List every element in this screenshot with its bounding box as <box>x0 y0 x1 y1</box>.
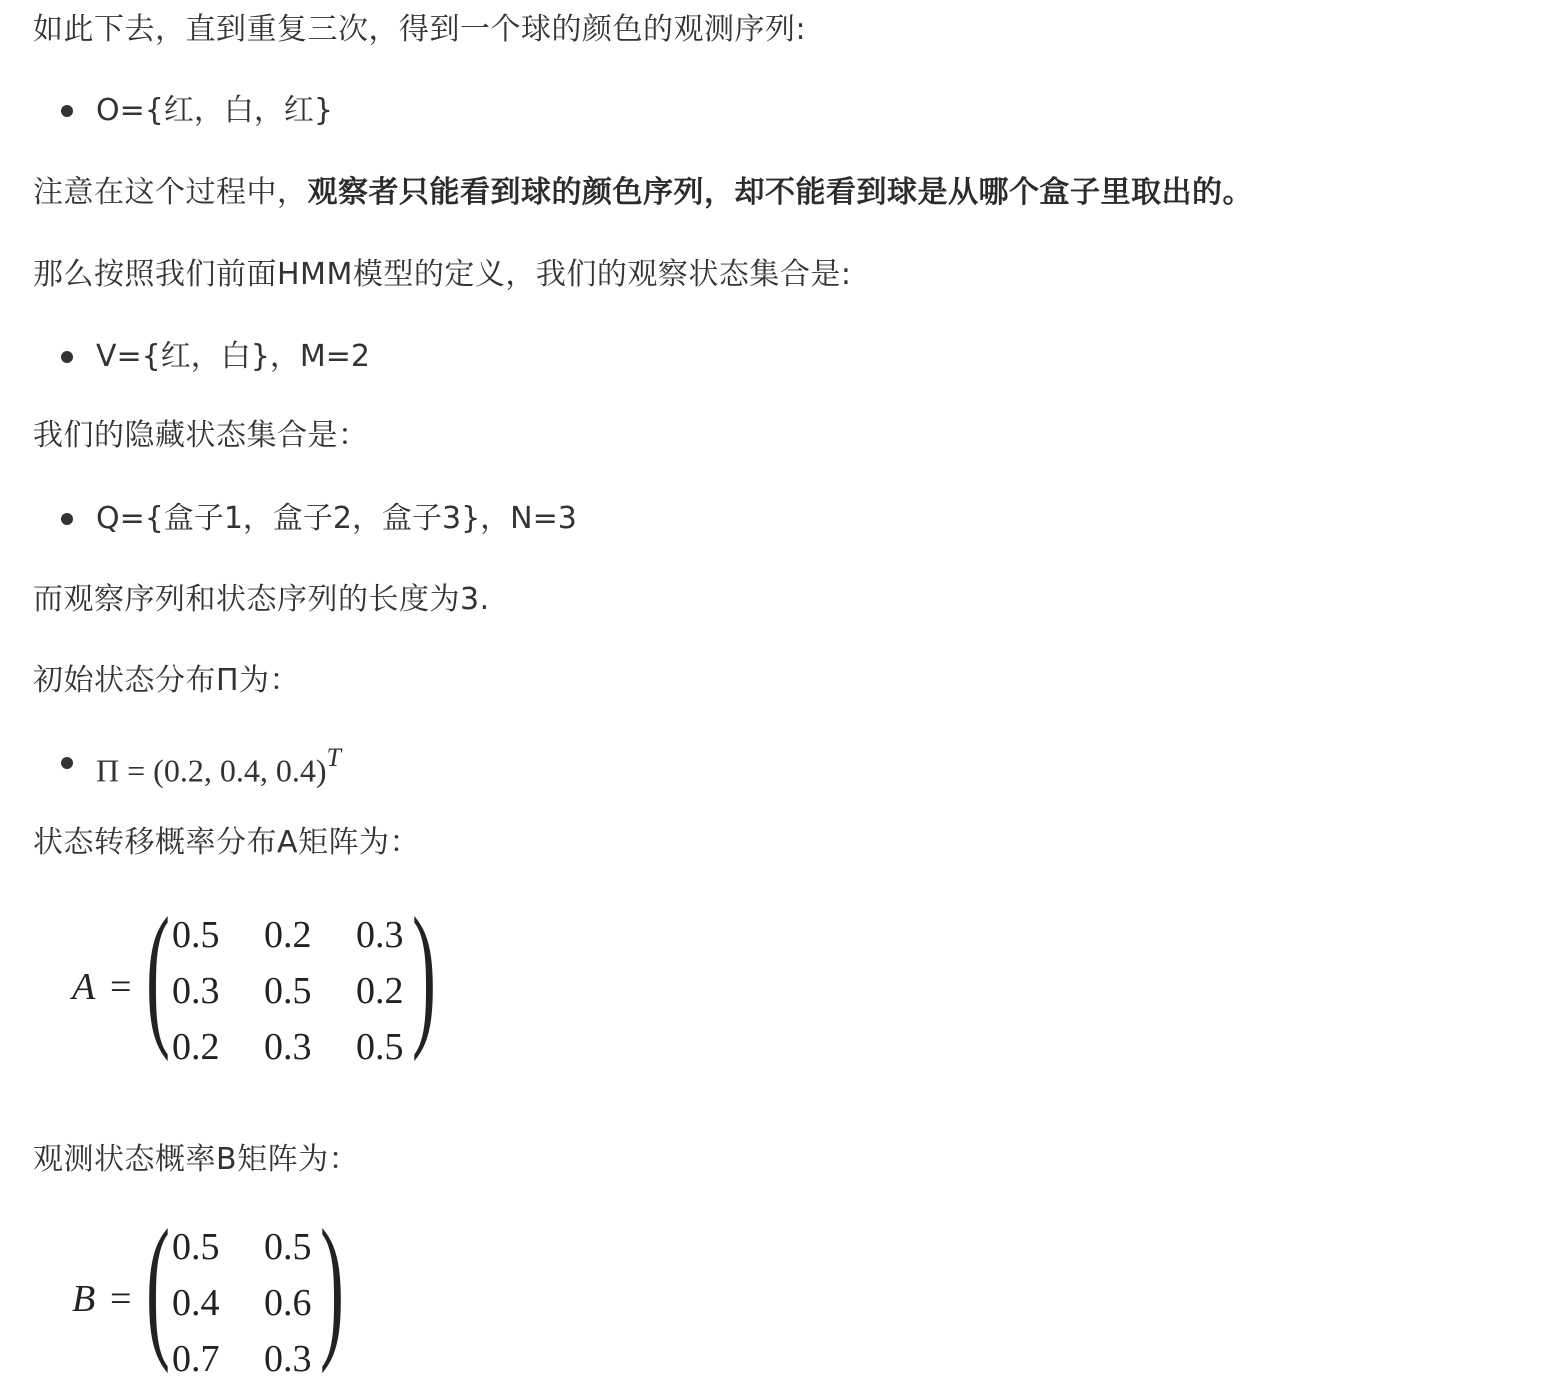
paragraph-transition-matrix-intro: 状态转移概率分布A矩阵为： <box>33 823 420 863</box>
matrix-cell: 0.5 <box>264 963 312 1019</box>
left-paren: ( <box>146 1205 170 1365</box>
left-paren: ( <box>146 893 170 1053</box>
bullet-hidden-states: Q={盒子1，盒子2，盒子3}，N=3 <box>96 499 577 539</box>
note-emphasis: 观察者只能看到球的颜色序列，却不能看到球是从哪个盒子里取出的。 <box>308 175 1254 210</box>
matrix-cell: 0.5 <box>172 1219 220 1275</box>
bullet-observation-states: V={红，白}，M=2 <box>96 337 370 377</box>
paragraph-note: 注意在这个过程中，观察者只能看到球的颜色序列，却不能看到球是从哪个盒子里取出的。 <box>33 173 1253 213</box>
bullet-dot <box>61 757 73 769</box>
paragraph-initial-distribution-intro: 初始状态分布Π为： <box>33 661 300 701</box>
paragraph-hidden-set-intro: 我们的隐藏状态集合是： <box>33 416 369 456</box>
matrix-cell: 0.4 <box>172 1275 220 1331</box>
equals-sign: = <box>110 965 131 1009</box>
matrix-cell: 0.3 <box>356 907 404 963</box>
matrix-cell: 0.3 <box>172 963 220 1019</box>
transpose-superscript: T <box>326 743 340 772</box>
matrix-cell: 0.2 <box>356 963 404 1019</box>
note-text: 注意在这个过程中， <box>33 175 308 210</box>
matrix-cell: 0.5 <box>356 1019 404 1075</box>
matrix-B: B = ( 0.5 0.5 0.4 0.6 0.7 0.3 ) <box>72 1217 352 1387</box>
matrix-cell: 0.5 <box>264 1219 312 1275</box>
matrix-A-label: A <box>72 965 95 1009</box>
matrix-cell: 0.3 <box>264 1331 312 1387</box>
right-paren: ) <box>412 893 436 1053</box>
right-paren: ) <box>320 1205 344 1365</box>
bullet-observation-sequence: O={红，白，红} <box>96 91 333 131</box>
matrix-cell: 0.7 <box>172 1331 220 1387</box>
matrix-B-label: B <box>72 1277 95 1321</box>
pi-vector: Π = (0.2, 0.4, 0.4) <box>96 753 326 789</box>
matrix-A: A = ( 0.5 0.2 0.3 0.3 0.5 0.2 0.2 0.3 0.… <box>72 905 442 1075</box>
initial-distribution-formula: Π = (0.2, 0.4, 0.4)T <box>96 742 341 791</box>
matrix-cell: 0.3 <box>264 1019 312 1075</box>
bullet-dot <box>61 351 73 363</box>
paragraph-sequence-length: 而观察序列和状态序列的长度为3. <box>33 580 490 620</box>
bullet-dot <box>61 105 73 117</box>
bullet-dot <box>61 513 73 525</box>
matrix-cell: 0.2 <box>264 907 312 963</box>
equals-sign: = <box>110 1277 131 1321</box>
paragraph-observation-intro: 如此下去，直到重复三次，得到一个球的颜色的观测序列: <box>33 10 806 50</box>
matrix-cell: 0.6 <box>264 1275 312 1331</box>
matrix-cell: 0.5 <box>172 907 220 963</box>
paragraph-emission-matrix-intro: 观测状态概率B矩阵为： <box>33 1140 359 1180</box>
paragraph-observation-set-intro: 那么按照我们前面HMM模型的定义，我们的观察状态集合是: <box>33 255 851 295</box>
matrix-cell: 0.2 <box>172 1019 220 1075</box>
